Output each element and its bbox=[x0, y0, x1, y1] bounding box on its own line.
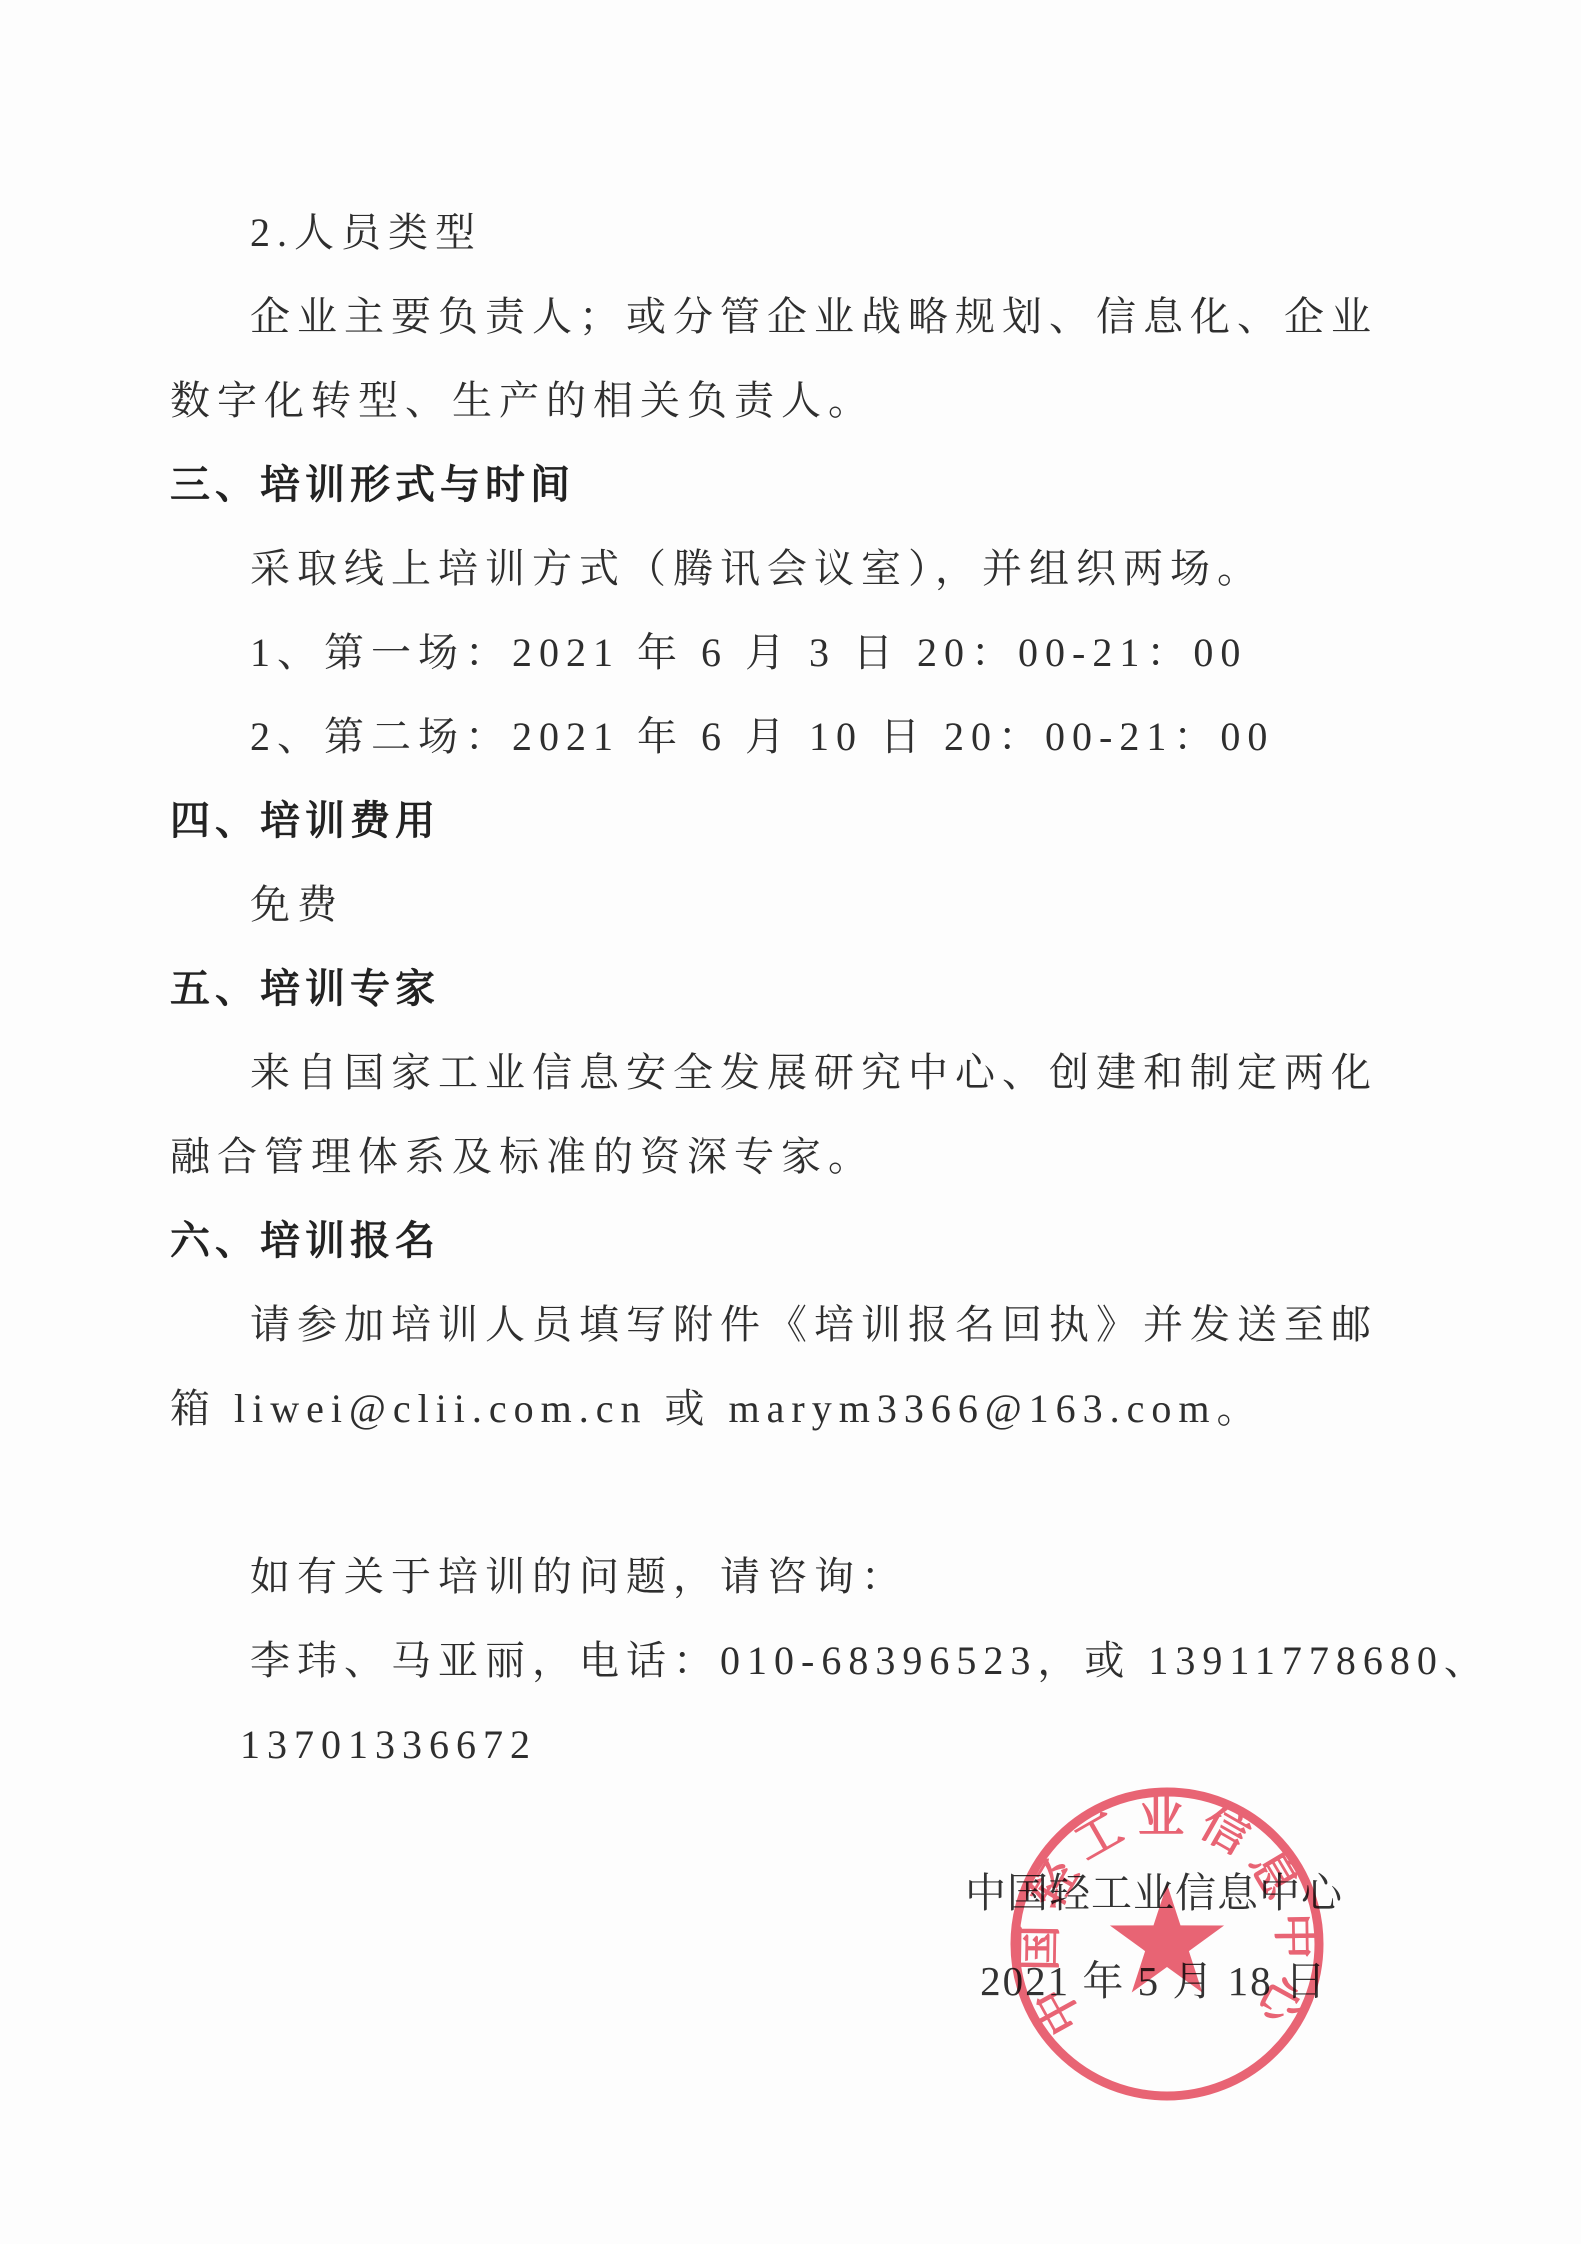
contact-phone-line2: 13701336672 bbox=[170, 1703, 1430, 1787]
item2-body-line2: 数字化转型、生产的相关负责人。 bbox=[170, 359, 1430, 443]
document-body: 2.人员类型 企业主要负责人；或分管企业战略规划、信息化、企业 数字化转型、生产… bbox=[170, 191, 1430, 1787]
signature-org-name: 中国轻工业信息中心 bbox=[965, 1868, 1343, 1918]
blank-line bbox=[170, 1451, 1430, 1535]
signature-date: 2021 年 5 月 18 日 bbox=[965, 1958, 1343, 2004]
section5-body-line2: 融合管理体系及标准的资深专家。 bbox=[170, 1115, 1430, 1199]
section3-heading: 三、培训形式与时间 bbox=[170, 443, 1430, 527]
section6-body-line2: 箱 liwei@clii.com.cn 或 marym3366@163.com。 bbox=[170, 1367, 1430, 1451]
document-page: 2.人员类型 企业主要负责人；或分管企业战略规划、信息化、企业 数字化转型、生产… bbox=[0, 0, 1581, 2244]
item2-title: 2.人员类型 bbox=[170, 191, 1430, 275]
section5-body-line1: 来自国家工业信息安全发展研究中心、创建和制定两化 bbox=[170, 1031, 1430, 1115]
session2-line: 2、第二场：2021 年 6 月 10 日 20：00-21：00 bbox=[170, 695, 1430, 779]
section6-body-line1: 请参加培训人员填写附件《培训报名回执》并发送至邮 bbox=[170, 1283, 1430, 1367]
contact-intro-line: 如有关于培训的问题，请咨询： bbox=[170, 1535, 1430, 1619]
contact-phone-line1: 李玮、马亚丽，电话：010-68396523，或 13911778680、 bbox=[170, 1619, 1430, 1703]
section3-body: 采取线上培训方式（腾讯会议室），并组织两场。 bbox=[170, 527, 1430, 611]
item2-body-line1: 企业主要负责人；或分管企业战略规划、信息化、企业 bbox=[170, 275, 1430, 359]
section4-heading: 四、培训费用 bbox=[170, 779, 1430, 863]
section4-body: 免费 bbox=[170, 863, 1430, 947]
session1-line: 1、第一场：2021 年 6 月 3 日 20：00-21：00 bbox=[170, 611, 1430, 695]
section6-heading: 六、培训报名 bbox=[170, 1199, 1430, 1283]
section5-heading: 五、培训专家 bbox=[170, 947, 1430, 1031]
signature-block: 中国轻工业信息中心 2021 年 5 月 18 日 bbox=[965, 1868, 1343, 2004]
